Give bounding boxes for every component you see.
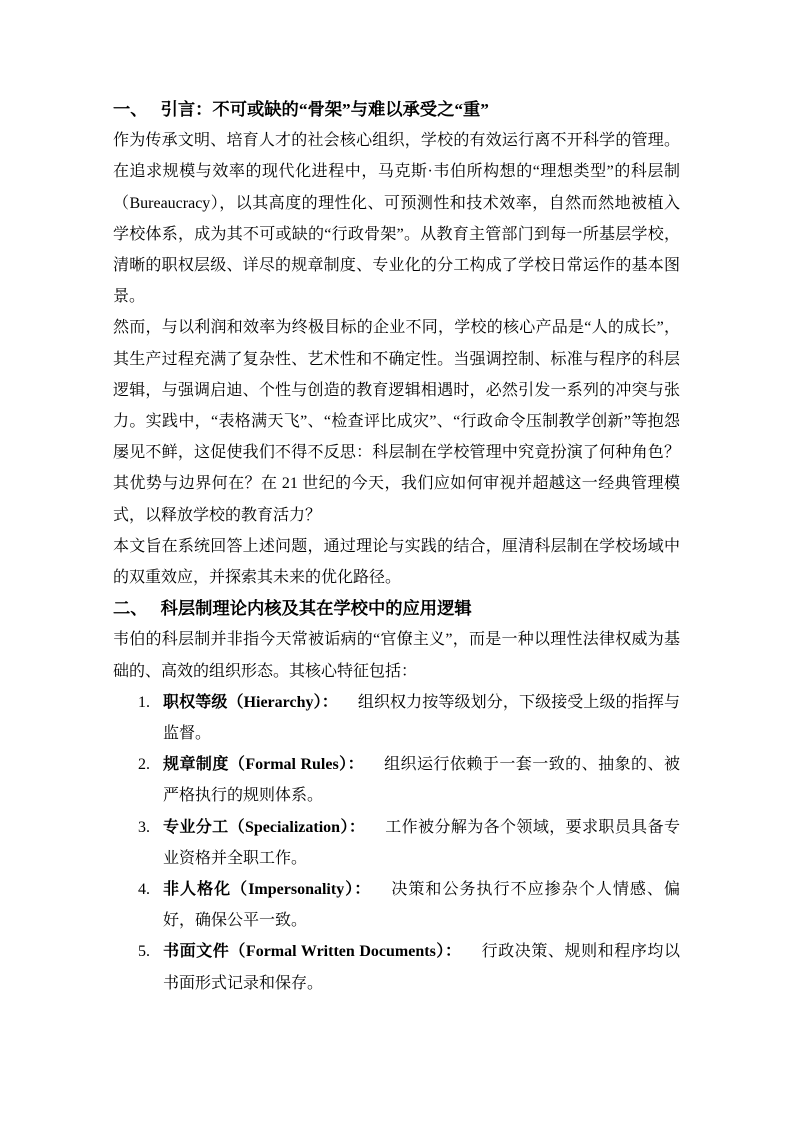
section-1-paragraph-3: 本文旨在系统回答上述问题，通过理论与实践的结合，厘清科层制在学校场域中的双重效应… bbox=[113, 531, 680, 593]
list-item-impersonality: 4.非人格化（Impersonality）：决策和公务执行不应掺杂个人情感、偏好… bbox=[113, 874, 680, 936]
section-1-heading-number: 一、 bbox=[113, 100, 148, 119]
document-page: 一、引言：不可或缺的“骨架”与难以承受之“重” 作为传承文明、培育人才的社会核心… bbox=[0, 0, 793, 1122]
list-item-5-term: 书面文件（Formal Written Documents）： bbox=[163, 943, 462, 960]
document-content: 一、引言：不可或缺的“骨架”与难以承受之“重” 作为传承文明、培育人才的社会核心… bbox=[113, 94, 680, 999]
section-1-heading-title: 引言：不可或缺的“骨架”与难以承受之“重” bbox=[161, 100, 489, 119]
section-2-intro-paragraph: 韦伯的科层制并非指今天常被诟病的“官僚主义”，而是一种以理性法律权威为基础的、高… bbox=[113, 624, 680, 686]
list-item-3-number: 3. bbox=[138, 812, 150, 843]
section-1-paragraph-1: 作为传承文明、培育人才的社会核心组织，学校的有效运行离不开科学的管理。在追求规模… bbox=[113, 125, 680, 312]
list-item-hierarchy: 1.职权等级（Hierarchy）：组织权力按等级划分，下级接受上级的指挥与监督… bbox=[113, 687, 680, 749]
list-item-specialization: 3.专业分工（Specialization）：工作被分解为各个领域，要求职员具备… bbox=[113, 812, 680, 874]
section-2-heading-title: 科层制理论内核及其在学校中的应用逻辑 bbox=[161, 599, 472, 618]
list-item-formal-rules: 2.规章制度（Formal Rules）：组织运行依赖于一套一致的、抽象的、被严… bbox=[113, 749, 680, 811]
list-item-4-term: 非人格化（Impersonality）： bbox=[163, 881, 371, 898]
list-item-3-term: 专业分工（Specialization）： bbox=[163, 819, 365, 836]
bureaucracy-feature-list: 1.职权等级（Hierarchy）：组织权力按等级划分，下级接受上级的指挥与监督… bbox=[113, 687, 680, 999]
list-item-5-number: 5. bbox=[138, 936, 150, 967]
section-1-heading: 一、引言：不可或缺的“骨架”与难以承受之“重” bbox=[113, 94, 680, 125]
list-item-1-term: 职权等级（Hierarchy）： bbox=[163, 694, 338, 711]
section-2-heading: 二、科层制理论内核及其在学校中的应用逻辑 bbox=[113, 593, 680, 624]
list-item-2-number: 2. bbox=[138, 749, 150, 780]
section-2-heading-number: 二、 bbox=[113, 599, 148, 618]
list-item-4-number: 4. bbox=[138, 874, 150, 905]
list-item-written-documents: 5.书面文件（Formal Written Documents）：行政决策、规则… bbox=[113, 936, 680, 998]
list-item-2-term: 规章制度（Formal Rules）： bbox=[163, 756, 364, 773]
list-item-1-number: 1. bbox=[138, 687, 150, 718]
section-1-paragraph-2: 然而，与以利润和效率为终极目标的企业不同，学校的核心产品是“人的成长”，其生产过… bbox=[113, 312, 680, 530]
